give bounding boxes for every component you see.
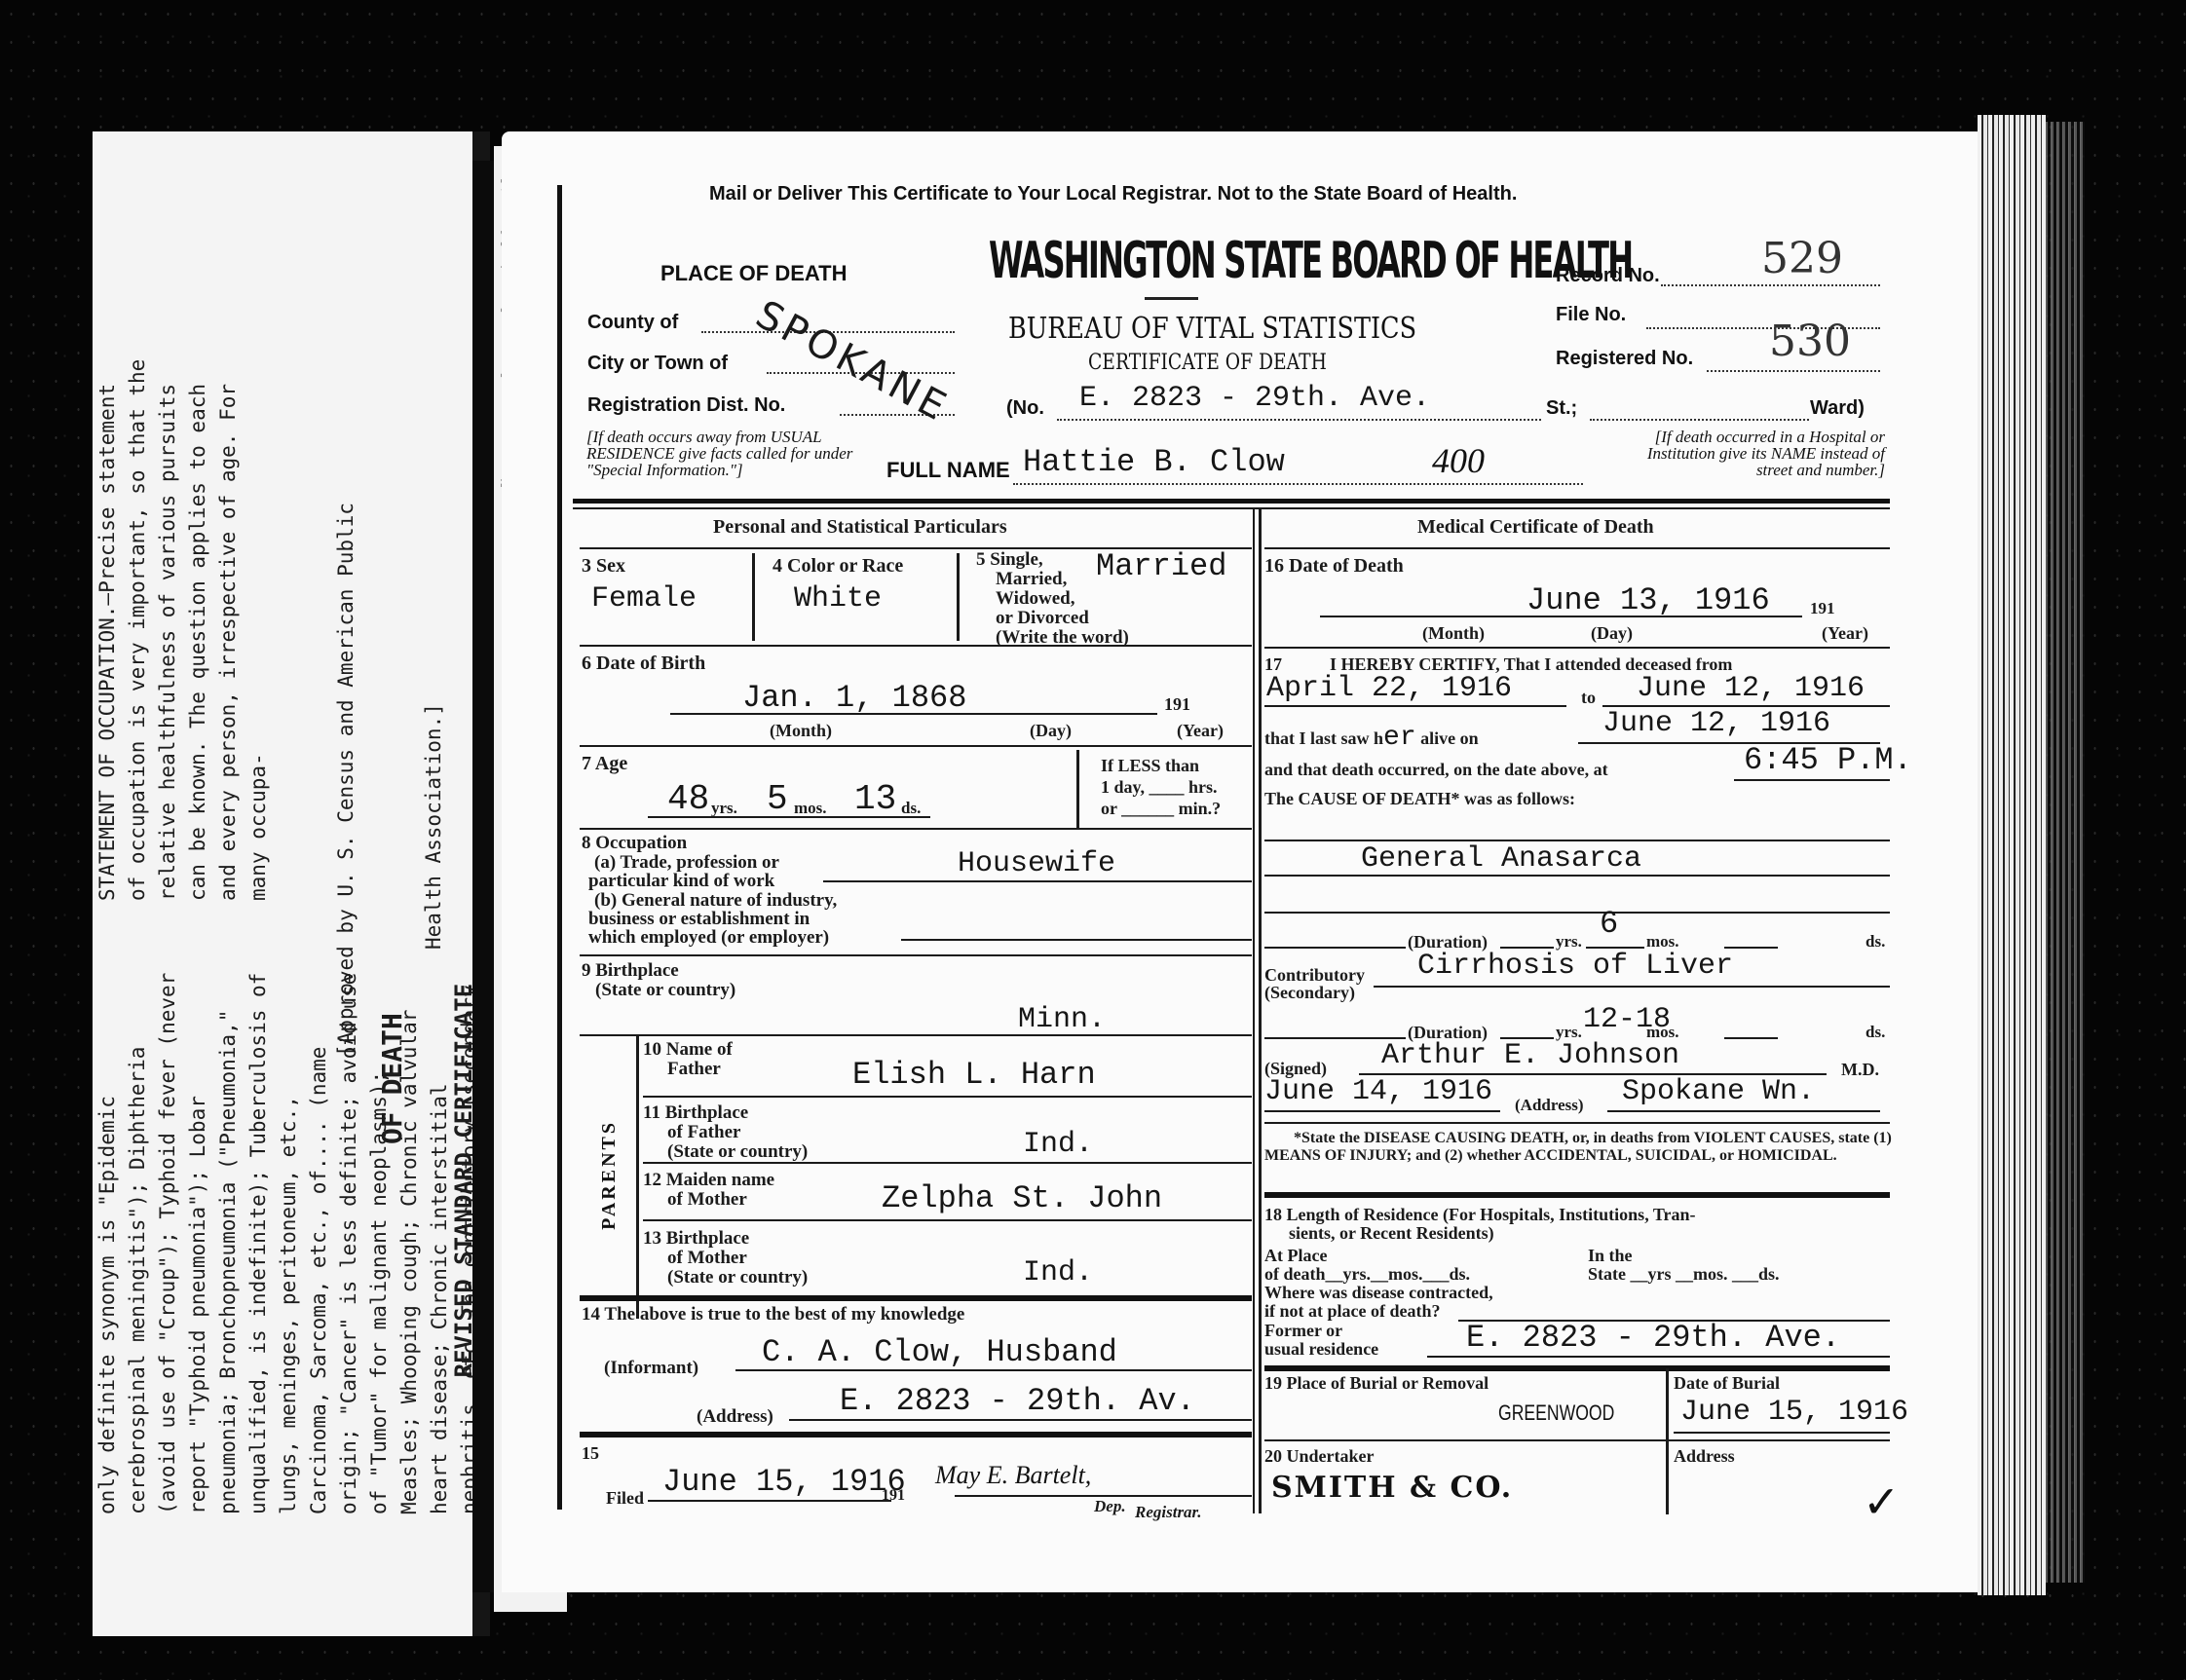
- death-time: 6:45 P.M.: [1744, 742, 1912, 778]
- father-name: Elish L. Harn: [852, 1057, 1096, 1093]
- dob-label: 6 Date of Birth: [582, 653, 705, 675]
- dod-day-caption: (Day): [1591, 623, 1633, 644]
- full-name-label: FULL NAME: [886, 458, 1010, 483]
- age-months: 5: [767, 779, 788, 819]
- dob-year-prefix: 191: [1164, 694, 1190, 715]
- mother-name-label: 12 Maiden name of Mother: [643, 1171, 774, 1210]
- informant-statement: 14 The above is true to the best of my k…: [582, 1305, 964, 1325]
- informant-value: C. A. Clow, Husband: [762, 1334, 1117, 1370]
- signed-date: June 14, 1916: [1264, 1075, 1492, 1108]
- duration-ds-caption: ds.: [1866, 932, 1885, 952]
- parents-label: PARENTS: [598, 1120, 621, 1230]
- in-state-label: In the State __yrs __mos. ___ds.: [1588, 1247, 1780, 1284]
- duration-yrs-caption: yrs.: [1556, 932, 1582, 952]
- physician-address-label: (Address): [1515, 1096, 1584, 1115]
- primary-duration-months: 6: [1600, 906, 1618, 942]
- bureau-title: BUREAU OF VITAL STATISTICS: [1008, 312, 1416, 346]
- filed-year-prefix: 191: [882, 1487, 905, 1505]
- header-divider: [573, 499, 1890, 504]
- father-birthplace: Ind.: [1023, 1128, 1093, 1161]
- column-divider: [1259, 508, 1262, 1513]
- personal-heading: Personal and Statistical Particulars: [713, 516, 1007, 539]
- city-label: City or Town of: [587, 353, 728, 375]
- burial-place: GREENWOOD: [1498, 1400, 1614, 1426]
- cause-label: The CAUSE OF DEATH* was as follows:: [1264, 789, 1575, 809]
- occupation-b-label: (b) General nature of industry, business…: [588, 891, 837, 947]
- date-of-death-label: 16 Date of Death: [1264, 555, 1404, 578]
- undertaker-address-label: Address: [1674, 1446, 1735, 1466]
- to-label: to: [1581, 688, 1596, 708]
- birthplace-value: Minn.: [1018, 1003, 1106, 1036]
- page-stack-shadow: [2046, 122, 2085, 1583]
- dod-year-caption: (Year): [1822, 623, 1868, 644]
- last-saw-label: that I last saw her alive on: [1264, 723, 1479, 753]
- less-than-day: If LESS than 1 day, ____ hrs. or ______ …: [1101, 755, 1221, 819]
- hospital-note: [If death occurred in a Hospital or Inst…: [1617, 429, 1885, 478]
- ward-label: Ward): [1810, 397, 1865, 420]
- registered-number: 530: [1769, 317, 1851, 366]
- yrs-caption: yrs.: [711, 799, 737, 818]
- burial-place-label: 19 Place of Burial or Removal: [1264, 1373, 1489, 1393]
- registration-district-label: Registration Dist. No.: [587, 394, 785, 417]
- filed-label: Filed: [606, 1488, 644, 1509]
- contributory-label: Contributory (Secondary): [1264, 966, 1365, 1001]
- death-time-label: and that death occurred, on the date abo…: [1264, 760, 1608, 780]
- birthplace-label: 9 Birthplace (State or country): [582, 961, 735, 1000]
- contrib-ds-caption: ds.: [1866, 1023, 1885, 1042]
- frame-border: [557, 185, 562, 1510]
- informant-address-label: (Address): [697, 1407, 773, 1427]
- marital-value: Married: [1096, 548, 1226, 584]
- cause-examples: only definite synonym is "Epidemic cereb…: [93, 969, 326, 1514]
- medical-heading: Medical Certificate of Death: [1417, 516, 1654, 539]
- sex-label: 3 Sex: [582, 555, 625, 578]
- agency-title: WASHINGTON STATE BOARD OF HEALTH: [989, 232, 1632, 290]
- attended-to: June 12, 1916: [1637, 672, 1865, 705]
- dod-year-prefix: 191: [1810, 599, 1835, 618]
- sex-value: Female: [591, 582, 697, 616]
- primary-cause: General Anasarca: [1361, 842, 1641, 876]
- father-birthplace-label: 11 Birthplace of Father (State or countr…: [643, 1103, 808, 1162]
- burial-date: June 15, 1916: [1680, 1396, 1908, 1429]
- physician-address: Spokane Wn.: [1622, 1075, 1815, 1108]
- month-caption: (Month): [770, 721, 832, 741]
- mother-birthplace: Ind.: [1023, 1256, 1093, 1289]
- former-residence: E. 2823 - 29th. Ave.: [1466, 1320, 1840, 1356]
- book-spine: [472, 161, 494, 1592]
- father-name-label: 10 Name of Father: [643, 1040, 733, 1079]
- last-saw-date: June 12, 1916: [1602, 707, 1830, 740]
- place-of-death-heading: PLACE OF DEATH: [660, 261, 847, 286]
- street-label: St.;: [1546, 397, 1577, 420]
- contributory-cause: Cirrhosis of Liver: [1417, 950, 1733, 983]
- deputy-label: Dep.: [1094, 1497, 1126, 1516]
- checkmark-icon: ✓: [1863, 1475, 1901, 1528]
- away-note: [If death occurs away from USUAL RESIDEN…: [586, 429, 859, 478]
- page-stack-edge: [1978, 115, 2046, 1595]
- back-page: REVISED STANDARD CERTIFICATE OF DEATH [A…: [93, 131, 490, 1636]
- county-label: County of: [587, 312, 678, 334]
- year-caption: (Year): [1177, 721, 1224, 741]
- occupation-value: Housewife: [958, 847, 1115, 880]
- physician-name: Arthur E. Johnson: [1381, 1039, 1679, 1072]
- undertaker-label: 20 Undertaker: [1264, 1446, 1374, 1466]
- title-rule: [1145, 297, 1198, 300]
- registrar-signature: May E. Bartelt,: [935, 1461, 1091, 1490]
- form-title: CERTIFICATE OF DEATH: [1088, 351, 1327, 375]
- informant-label: (Informant): [604, 1359, 698, 1378]
- dod-month-caption: (Month): [1422, 623, 1485, 644]
- record-label: Record No.: [1556, 265, 1660, 287]
- race-label: 4 Color or Race: [773, 555, 903, 578]
- occupation-instructions: STATEMENT OF OCCUPATION.—Precise stateme…: [93, 355, 248, 901]
- mother-birthplace-label: 13 Birthplace of Mother (State or countr…: [643, 1229, 808, 1288]
- contracted-label: Where was disease contracted, if not at …: [1264, 1284, 1493, 1321]
- date-of-death: June 13, 1916: [1526, 582, 1770, 618]
- age-label: 7 Age: [582, 753, 627, 775]
- cause-footnote: *State the DISEASE CAUSING DEATH, or, in…: [1264, 1130, 1893, 1165]
- age-years: 48: [667, 779, 709, 819]
- undertaker-name: SMITH & CO.: [1271, 1471, 1513, 1505]
- full-name: Hattie B. Clow: [1023, 444, 1285, 480]
- filed-date: June 15, 1916: [662, 1464, 906, 1500]
- registered-label: Registered No.: [1556, 348, 1693, 370]
- registrar-label: Registrar.: [1135, 1503, 1202, 1522]
- duration-mos-caption: mos.: [1646, 932, 1679, 952]
- residence-label: 18 Length of Residence (For Hospitals, I…: [1264, 1206, 1696, 1243]
- mos-caption: mos.: [794, 799, 827, 818]
- occupation-a-label: (a) Trade, profession or particular kind…: [588, 853, 779, 890]
- at-place-label: At Place of death__yrs.__mos.___ds.: [1264, 1247, 1470, 1284]
- street-address: E. 2823 - 29th. Ave.: [1079, 382, 1430, 415]
- record-number: 529: [1761, 234, 1843, 283]
- burial-date-label: Date of Burial: [1674, 1373, 1780, 1393]
- mother-name: Zelpha St. John: [882, 1180, 1162, 1216]
- dob-value: Jan. 1, 1868: [742, 680, 966, 716]
- age-days: 13: [854, 779, 896, 819]
- race-value: White: [794, 582, 882, 616]
- top-notice: Mail or Deliver This Certificate to Your…: [709, 183, 1517, 205]
- attended-from: April 22, 1916: [1266, 672, 1512, 705]
- file-label: File No.: [1556, 304, 1626, 326]
- md-label: M.D.: [1841, 1060, 1879, 1080]
- approval-note: [Approved by U. S. Census and American P…: [273, 375, 490, 1057]
- occupation-label: 8 Occupation: [582, 834, 687, 853]
- day-caption: (Day): [1030, 721, 1072, 741]
- former-residence-label: Former or usual residence: [1264, 1322, 1378, 1359]
- ds-caption: ds.: [901, 799, 921, 818]
- street-no-label: (No.: [1006, 397, 1044, 420]
- filed-number: 15: [582, 1443, 599, 1464]
- informant-address: E. 2823 - 29th. Av.: [840, 1383, 1195, 1419]
- name-annotation: 400: [1432, 440, 1485, 481]
